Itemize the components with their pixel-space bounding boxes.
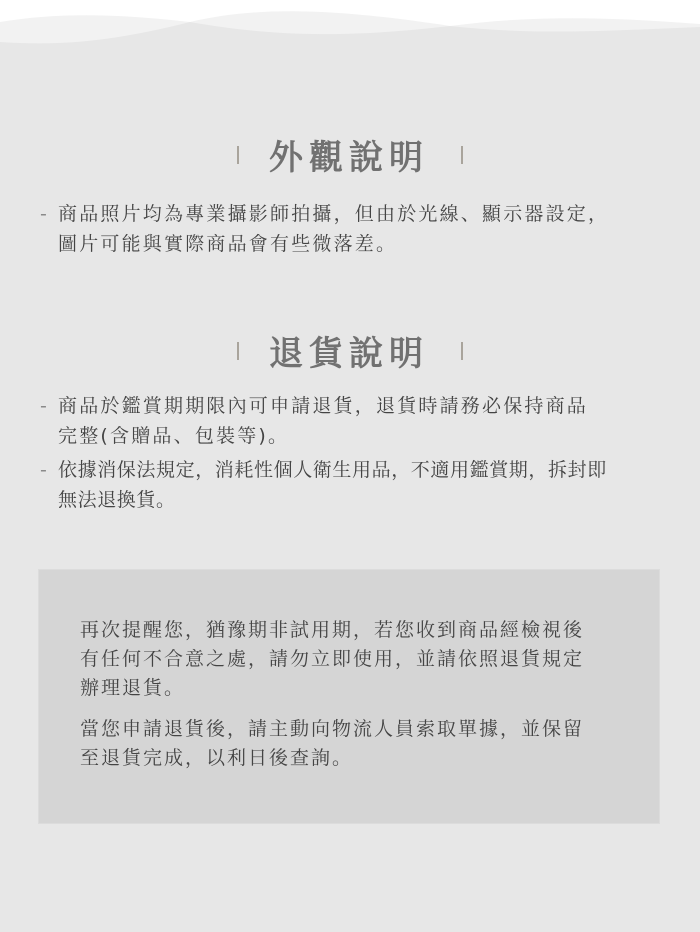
bullet-dash: -	[40, 199, 58, 229]
section-header-appearance: 外觀說明	[0, 130, 700, 179]
title-divider-left	[237, 342, 239, 360]
section-title: 外觀說明	[269, 130, 429, 179]
reminder-line: 至退貨完成，以利日後查詢。	[80, 747, 353, 769]
reminder-line: 當您申請退貨後，請主動向物流人員索取單據，並保留	[80, 718, 584, 740]
returns-note-1: -商品於鑑賞期期限內可申請退貨，退貨時請務必保持商品 完整(含贈品、包裝等)。	[40, 391, 680, 451]
bullet-dash: -	[40, 455, 58, 485]
reminder-notice-box: 再次提醒您，猶豫期非試用期，若您收到商品經檢視後 有任何不合意之處，請勿立即使用…	[38, 569, 660, 824]
title-divider-left	[237, 146, 239, 164]
reminder-line: 再次提醒您，猶豫期非試用期，若您收到商品經檢視後	[80, 619, 584, 641]
bullet-dash: -	[40, 391, 58, 421]
section-title: 退貨說明	[269, 326, 429, 375]
appearance-note: -商品照片均為專業攝影師拍攝，但由於光線、顯示器設定， 圖片可能與實際商品會有些…	[40, 199, 680, 259]
note-line: 依據消保法規定，消耗性個人衛生用品，不適用鑑賞期，拆封即	[58, 459, 607, 481]
note-line: 商品於鑑賞期期限內可申請退貨，退貨時請務必保持商品	[58, 395, 588, 417]
section-header-returns: 退貨說明	[0, 326, 700, 375]
note-line: 商品照片均為專業攝影師拍攝，但由於光線、顯示器設定，	[58, 203, 609, 225]
note-line: 完整(含贈品、包裝等)。	[40, 421, 680, 451]
decorative-wave-header	[0, 0, 700, 60]
reminder-paragraph-2: 當您申請退貨後，請主動向物流人員索取單據，並保留 至退貨完成，以利日後查詢。	[80, 715, 640, 773]
reminder-paragraph-1: 再次提醒您，猶豫期非試用期，若您收到商品經檢視後 有任何不合意之處，請勿立即使用…	[80, 616, 640, 703]
returns-note-2: -依據消保法規定，消耗性個人衛生用品，不適用鑑賞期，拆封即 無法退換貨。	[40, 455, 680, 515]
note-line: 無法退換貨。	[40, 485, 680, 515]
title-divider-right	[461, 146, 463, 164]
note-line: 圖片可能與實際商品會有些微落差。	[40, 229, 680, 259]
title-divider-right	[461, 342, 463, 360]
reminder-line: 有任何不合意之處，請勿立即使用，並請依照退貨規定	[80, 648, 584, 670]
reminder-line: 辦理退貨。	[80, 677, 185, 699]
